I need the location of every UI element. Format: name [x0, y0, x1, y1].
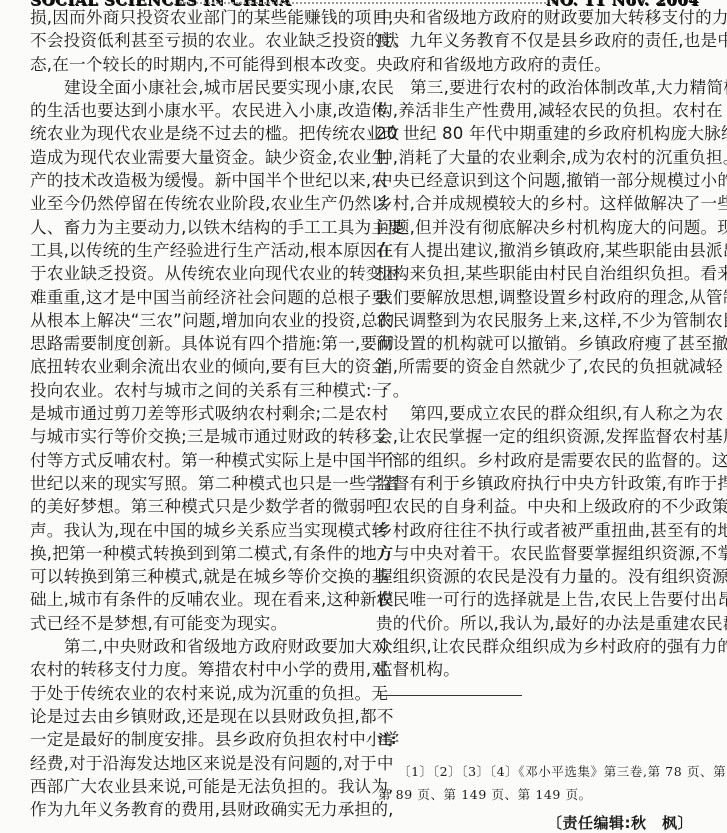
text-line: 构,养活非生产性费用,减轻农民的负担。农村在 [376, 99, 698, 122]
paragraph-start: 第四,要成立农民的群众组织,有人称之为农 [376, 402, 698, 425]
header-dotted-rule [180, 2, 558, 4]
text-line: 中央已经意识到这个问题,撤销一部分规模过小的 [376, 169, 698, 192]
text-line: 于处于传统农业的农村来说,成为沉重的负担。无 [30, 682, 352, 705]
text-line: 从根本上解决“三农”问题,增加向农业的投资,总的 [30, 309, 352, 332]
text-line: 思路需要制度创新。具体说有四个措施:第一,要彻 [30, 332, 352, 355]
footnote-divider [378, 695, 522, 696]
text-line: 换,把第一种模式转换到到第二模式,有条件的地方 [30, 542, 352, 565]
text-line: 机构来负担,某些职能由村民自治组织负担。看来, [376, 262, 698, 285]
text-line: 统农业为现代农业是绕不过去的槛。把传统农业改 [30, 122, 352, 145]
text-line: 的生活也要达到小康水平。农民进入小康,改造传 [30, 99, 352, 122]
text-line: 央政府和省级地方政府的责任。 [376, 53, 698, 76]
text-line: 农民唯一可行的选择就是上告,农民上告要付出昂 [376, 588, 698, 611]
paragraph-start: 第三,要进行农村的政治体制改革,大力精简机 [376, 76, 698, 99]
text-line: 一定是最好的制度安排。县乡政府负担农村中小学 [30, 728, 352, 751]
text-line: 度。九年义务教育不仅是县乡政府的责任,也是中 [376, 29, 698, 52]
text-line: 与城市实行等价交换;三是城市通过财政的转移支 [30, 425, 352, 448]
text-line: 论是过去由乡镇财政,还是现在以县财政负担,都不 [30, 705, 352, 728]
text-line: 可以转换到第三种模式,就是在城乡等价交换的基 [30, 565, 352, 588]
text-line: 损,因而外商只投资农业部门的某些能赚钱的项目, [30, 6, 352, 29]
text-line: 的美好梦想。第三种模式只是少数学者的微弱呼 [30, 495, 352, 518]
text-line: 人、畜力为主要动力,以铁木结构的手工工具为主要 [30, 216, 352, 239]
text-line: 方与中央对着干。农民监督要掌握组织资源,不掌 [376, 542, 698, 565]
text-line: 是城市通过剪刀差等形式吸纳农村剩余;二是农村 [30, 402, 352, 425]
text-line: 而设置的机构就可以撤销。乡镇政府瘦了甚至撤 [376, 332, 698, 355]
text-line: 握组织资源的农民是没有力量的。没有组织资源的 [376, 565, 698, 588]
text-line: 农村的转移支付力度。筹措农村中小学的费用,对 [30, 658, 352, 681]
text-line: 西部广大农业县来说,可能是无法负担的。我认为, [30, 775, 352, 798]
text-line: 业至今仍然停留在传统农业阶段,农业生产仍然以 [30, 192, 352, 215]
text-line: 中央和省级地方政府的财政要加大转移支付的力 [376, 6, 698, 29]
text-line: 在有人提出建议,撤消乡镇政府,某些职能由县派出 [376, 239, 698, 262]
text-line: 作为九年义务教育的费用,县财政确实无力承担的, [30, 798, 352, 821]
text-line: 消,所需要的资金自然就少了,农民的负担就减轻 [376, 355, 698, 378]
text-line: 造成为现代农业需要大量资金。缺少资金,农业生 [30, 146, 352, 169]
paragraph-start: 建设全面小康社会,城市居民要实现小康,农民 [30, 76, 352, 99]
text-line: 于农业缺乏投资。从传统农业向现代农业的转变困 [30, 262, 352, 285]
text-line: 问题,但并没有彻底解决乡村机构庞大的问题。现 [376, 216, 698, 239]
text-line: 经费,对于沿海发达地区来说是没有问题的,对于中 [30, 752, 352, 775]
text-line: 投向农业。农村与城市之间的关系有三种模式:一 [30, 379, 352, 402]
right-column: 中央和省级地方政府的财政要加大转移支付的力 度。九年义务教育不仅是县乡政府的责任… [376, 6, 698, 682]
text-line: 监督机构。 [376, 658, 698, 681]
left-column: 损,因而外商只投资农业部门的某些能赚钱的项目, 不会投资低利甚至亏损的农业。农业… [30, 6, 352, 821]
text-line: 底扭转农业剩余流出农业的倾向,要有巨大的资金 [30, 355, 352, 378]
text-line: 干部的组织。乡村政府是需要农民的监督的。这种 [376, 449, 698, 472]
text-line: 难重重,这才是中国当前经济社会问题的总根子要 [30, 286, 352, 309]
text-line: 20 世纪 80 年代中期重建的乡政府机构庞大脉络臃 [376, 122, 698, 145]
text-line: 会,让农民掌握一定的组织资源,发挥监督农村基层 [376, 425, 698, 448]
text-line: 础上,城市有条件的反哺农业。现在看来,这种新模 [30, 588, 352, 611]
text-line: 农民调整到为农民服务上来,这样,不少为管制农民 [376, 309, 698, 332]
text-line: 式已经不是梦想,有可能变为现实。 [30, 612, 352, 635]
text-line: 卫农民的自身利益。中央和上级政府的不少政策, [376, 495, 698, 518]
text-line: 工具,以传统的生产经验进行生产活动,根本原因在 [30, 239, 352, 262]
text-line: 肿,消耗了大量的农业剩余,成为农村的沉重负担。 [376, 146, 698, 169]
text-line: 态,在一个较长的时期内,不可能得到根本改变。 [30, 53, 352, 76]
footnote-line: 〔1〕〔2〕〔3〕〔4〕《邓小平选集》第三卷,第 78 页、第 141 页、 [398, 762, 727, 780]
text-line: 了。 [376, 379, 698, 402]
text-line: 监督有利于乡镇政府执行中央方针政策,有昨于捍 [376, 472, 698, 495]
text-line: 乡村,合并成规模较大的乡村。这样做解决了一些 [376, 192, 698, 215]
paragraph-start: 第二,中央财政和省级地方政府财政要加大对 [30, 635, 352, 658]
text-line: 乡村政府往往不执行或者被严重扭曲,甚至有的地 [376, 519, 698, 542]
text-line: 贵的代价。所以,我认为,最好的办法是重建农民群 [376, 612, 698, 635]
text-line: 我们要解放思想,调整设置乡村政府的理念,从管制 [376, 286, 698, 309]
footnote-line: 第 89 页、第 149 页、第 149 页。 [378, 785, 592, 803]
text-line: 产的技术改造极为缓慢。新中国半个世纪以来,农 [30, 169, 352, 192]
text-line: 不会投资低利甚至亏损的农业。农业缺乏投资的状 [30, 29, 352, 52]
responsible-editor: 〔责任编辑:秋 枫〕 [547, 812, 693, 833]
text-line: 众组织,让农民群众组织成为乡村政府的强有力的 [376, 635, 698, 658]
text-line: 声。我认为,现在中国的城乡关系应当实现模式转 [30, 519, 352, 542]
text-line: 付等方式反哺农村。第一种模式实际上是中国半个 [30, 449, 352, 472]
notes-label: 注: [378, 729, 396, 748]
text-line: 世纪以来的现实写照。第二种模式也只是一些学者 [30, 472, 352, 495]
